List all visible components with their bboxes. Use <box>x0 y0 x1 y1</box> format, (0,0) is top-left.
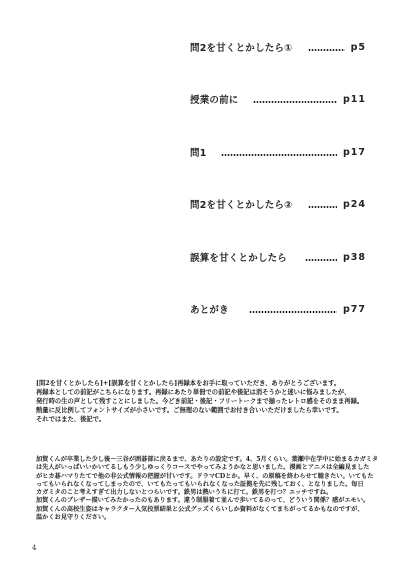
author-note: 加賀くんが卒業した少し後～三谷が囲碁部に戻るまで、あたりの設定です。4、5月くら… <box>36 456 376 522</box>
toc-entry-page: p24 <box>343 199 366 210</box>
toc-entry-page: p5 <box>351 42 366 53</box>
preface-line: 熱量に反比例してフォントサイズが小さいです。ご無理のない範囲でお付き合いいただけ… <box>36 406 376 415</box>
toc-leader-dots <box>221 154 337 156</box>
toc-entry: 授業の前に p11 <box>190 92 366 106</box>
author-note-line: がヒカ碁ハマりたてで他の非公式情報の把握が甘いです。ドラマCDとか。早く、の原稿… <box>36 473 376 481</box>
toc-leader-dots <box>249 311 337 313</box>
toc-entry: 問2を甘くとかしたら① p5 <box>190 40 366 54</box>
toc-entry-title: 誤算を甘くとかしたら <box>190 250 287 264</box>
toc-entry: 問2を甘くとかしたら② p24 <box>190 197 366 211</box>
preface-line: 発行時の生の声として残すことにしました。今どき前記・後記・フリートークまで揃った… <box>36 397 376 406</box>
page-number: 4 <box>32 544 36 552</box>
toc-entry-title: あとがき <box>190 302 229 316</box>
toc-leader-dots <box>308 206 337 208</box>
toc-entry: 誤算を甘くとかしたら p38 <box>190 250 366 264</box>
toc-entry-page: p17 <box>343 147 366 158</box>
author-note-line: ってもいられなくなってしまったので、いてもたってもいられなくなった証拠を先に残し… <box>36 481 376 489</box>
author-note-line: 加賀くんのブレザー描いてみたかったのもあります。違う制服着て並んで歩いてるのって… <box>36 497 376 505</box>
toc-entry-title: 問2を甘くとかしたら② <box>190 197 292 211</box>
document-page: 問2を甘くとかしたら① p5 授業の前に p11 問1 p17 問2を甘くとかし… <box>0 0 400 568</box>
toc-entry-title: 問2を甘くとかしたら① <box>190 40 292 54</box>
preface-line: それではまた、後記で。 <box>36 415 376 424</box>
toc-entry: あとがき p77 <box>190 302 366 316</box>
toc-entry-page: p11 <box>343 94 366 105</box>
preface-note: [問2を甘くとかしたら]+[誤算を甘くとかしたら]再録本をお手に取っていただき、… <box>36 379 376 424</box>
author-note-line: 温かくお見守りください。 <box>36 514 376 522</box>
toc-entry-page: p38 <box>343 252 366 263</box>
toc-leader-dots <box>253 101 337 103</box>
toc-entry-title: 授業の前に <box>190 92 239 106</box>
toc-leader-dots <box>305 259 337 261</box>
toc-leader-dots <box>308 49 344 51</box>
preface-line: 再録本としての前記がこちらになります。再録にあたり単冊での前記や後記は消そうかと… <box>36 388 376 397</box>
toc-entry-page: p77 <box>343 304 366 315</box>
preface-line: [問2を甘くとかしたら]+[誤算を甘くとかしたら]再録本をお手に取っていただき、… <box>36 379 376 388</box>
toc-entry: 問1 p17 <box>190 145 366 159</box>
author-note-line: 加賀くんの高校生姿はキャラクター人気投票結果と公式グッズくらいしか資料がなくてま… <box>36 506 376 514</box>
author-note-line: は先人がいっぱいいかいてるしもう少しゆっくりコースでやってみようかなと思いました… <box>36 464 376 472</box>
toc-entry-title: 問1 <box>190 145 207 159</box>
